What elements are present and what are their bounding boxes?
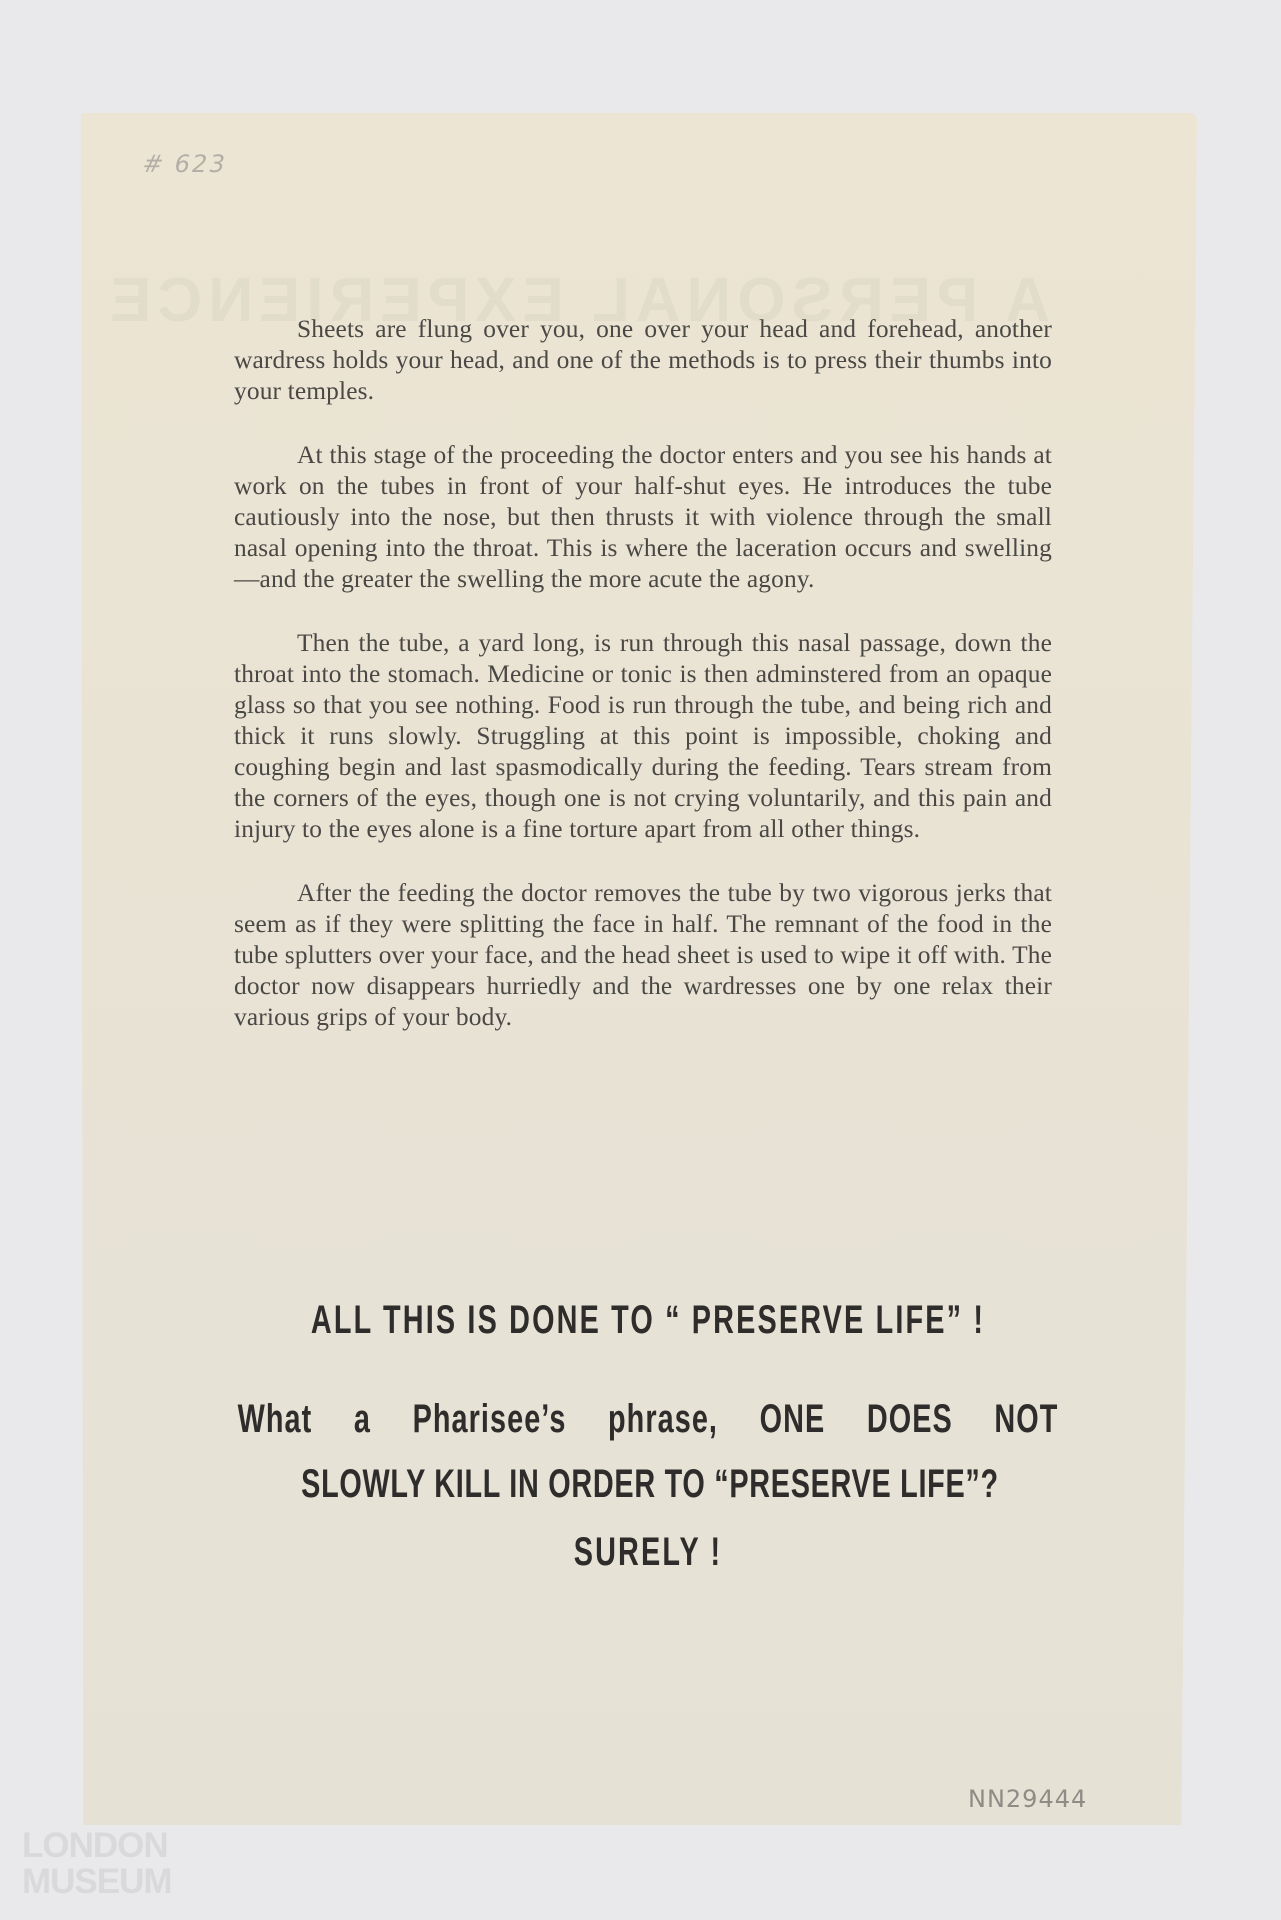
logo-line-1: LONDON [22,1828,172,1864]
headline-pharisee-line-2: SLOWLY KILL IN ORDER TO “PRESERVE LIFE”? [232,1462,1067,1507]
museum-watermark-logo: LONDON MUSEUM [22,1828,172,1900]
headline-preserve-life: ALL THIS IS DONE TO “ PRESERVE LIFE” ! [245,1298,1051,1343]
handwritten-catalog-number: NN29444 [968,1785,1087,1813]
paragraph: Then the tube, a yard long, is run throu… [234,628,1052,845]
body-text: Sheets are flung over you, one over your… [234,314,1052,1066]
headline-surely: SURELY ! [245,1530,1051,1575]
logo-line-2: MUSEUM [22,1864,172,1900]
paragraph: At this stage of the proceeding the doct… [234,440,1052,595]
handwritten-reference-number: # 623 [140,150,229,178]
paragraph: After the feeding the doctor removes the… [234,878,1052,1033]
headline-pharisee-line-1: What a Pharisee’s phrase, ONE DOES NOT [238,1397,1059,1442]
paragraph: Sheets are flung over you, one over your… [234,314,1052,407]
